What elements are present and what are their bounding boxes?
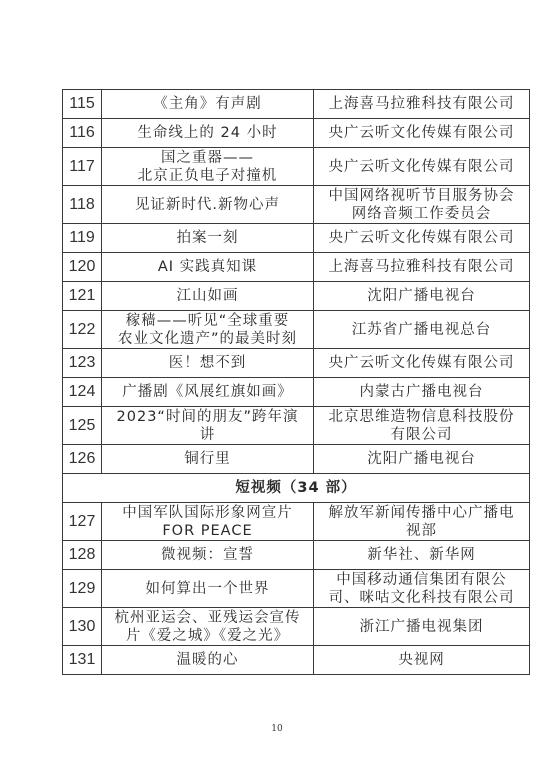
table-row: 123 医！想不到 央广云听文化传媒有限公司 <box>63 349 530 378</box>
work-title: 见证新时代.新物心声 <box>102 186 314 224</box>
work-title: 《主角》有声剧 <box>102 90 314 119</box>
row-number: 117 <box>63 148 102 186</box>
work-title: 稼穑——听见“全球重要 农业文化遗产”的最美时刻 <box>102 311 314 349</box>
work-title: 中国军队国际形象网宣片 FOR PEACE <box>102 503 314 541</box>
row-number: 123 <box>63 349 102 378</box>
table-row: 121 江山如画 沈阳广播电视台 <box>63 282 530 311</box>
section-header-row: 短视频（34 部） <box>63 474 530 503</box>
table-row: 120 AI 实践真知课 上海喜马拉雅科技有限公司 <box>63 253 530 282</box>
organization: 江苏省广播电视总台 <box>314 311 530 349</box>
organization: 上海喜马拉雅科技有限公司 <box>314 253 530 282</box>
organization: 央广云听文化传媒有限公司 <box>314 119 530 148</box>
table-row: 130 杭州亚运会、亚残运会宣传 片《爱之城》《爱之光》 浙江广播电视集团 <box>63 608 530 646</box>
row-number: 115 <box>63 90 102 119</box>
organization: 沈阳广播电视台 <box>314 282 530 311</box>
work-title: 微视频：宣誓 <box>102 541 314 570</box>
table-row: 122 稼穑——听见“全球重要 农业文化遗产”的最美时刻 江苏省广播电视总台 <box>63 311 530 349</box>
organization: 中国移动通信集团有限公 司、咪咕文化科技有限公司 <box>314 570 530 608</box>
table-body-short-video: 127 中国军队国际形象网宣片 FOR PEACE 解放军新闻传播中心广播电 视… <box>63 503 530 675</box>
table-row: 119 拍案一刻 央广云听文化传媒有限公司 <box>63 224 530 253</box>
section-header: 短视频（34 部） <box>63 474 530 503</box>
document-page: 115 《主角》有声剧 上海喜马拉雅科技有限公司 116 生命线上的 24 小时… <box>0 0 554 783</box>
table-row: 115 《主角》有声剧 上海喜马拉雅科技有限公司 <box>63 90 530 119</box>
table-row: 126 铜行里 沈阳广播电视台 <box>63 445 530 474</box>
organization: 央视网 <box>314 646 530 675</box>
work-title: AI 实践真知课 <box>102 253 314 282</box>
row-number: 125 <box>63 407 102 445</box>
row-number: 122 <box>63 311 102 349</box>
organization: 央广云听文化传媒有限公司 <box>314 349 530 378</box>
row-number: 131 <box>63 646 102 675</box>
row-number: 120 <box>63 253 102 282</box>
row-number: 126 <box>63 445 102 474</box>
work-title: 生命线上的 24 小时 <box>102 119 314 148</box>
work-title: 如何算出一个世界 <box>102 570 314 608</box>
work-title: 温暖的心 <box>102 646 314 675</box>
table-body-audio: 115 《主角》有声剧 上海喜马拉雅科技有限公司 116 生命线上的 24 小时… <box>63 90 530 474</box>
work-title: 铜行里 <box>102 445 314 474</box>
row-number: 121 <box>63 282 102 311</box>
organization: 央广云听文化传媒有限公司 <box>314 148 530 186</box>
table-row: 118 见证新时代.新物心声 中国网络视听节目服务协会 网络音频工作委员会 <box>63 186 530 224</box>
table-row: 131 温暖的心 央视网 <box>63 646 530 675</box>
table-row: 127 中国军队国际形象网宣片 FOR PEACE 解放军新闻传播中心广播电 视… <box>63 503 530 541</box>
table-row: 128 微视频：宣誓 新华社、新华网 <box>63 541 530 570</box>
organization: 新华社、新华网 <box>314 541 530 570</box>
table-row: 125 2023“时间的朋友”跨年演 讲 北京思维造物信息科技股份 有限公司 <box>63 407 530 445</box>
organization: 中国网络视听节目服务协会 网络音频工作委员会 <box>314 186 530 224</box>
work-title: 杭州亚运会、亚残运会宣传 片《爱之城》《爱之光》 <box>102 608 314 646</box>
work-title: 2023“时间的朋友”跨年演 讲 <box>102 407 314 445</box>
row-number: 128 <box>63 541 102 570</box>
work-title: 国之重器—— 北京正负电子对撞机 <box>102 148 314 186</box>
row-number: 118 <box>63 186 102 224</box>
organization: 浙江广播电视集团 <box>314 608 530 646</box>
organization: 内蒙古广播电视台 <box>314 378 530 407</box>
work-title: 医！想不到 <box>102 349 314 378</box>
work-title: 江山如画 <box>102 282 314 311</box>
table-row: 117 国之重器—— 北京正负电子对撞机 央广云听文化传媒有限公司 <box>63 148 530 186</box>
table-row: 124 广播剧《风展红旗如画》 内蒙古广播电视台 <box>63 378 530 407</box>
page-number: 10 <box>0 724 554 734</box>
organization: 北京思维造物信息科技股份 有限公司 <box>314 407 530 445</box>
row-number: 129 <box>63 570 102 608</box>
row-number: 127 <box>63 503 102 541</box>
work-title: 广播剧《风展红旗如画》 <box>102 378 314 407</box>
row-number: 124 <box>63 378 102 407</box>
table-row: 116 生命线上的 24 小时 央广云听文化传媒有限公司 <box>63 119 530 148</box>
organization: 上海喜马拉雅科技有限公司 <box>314 90 530 119</box>
table-row: 129 如何算出一个世界 中国移动通信集团有限公 司、咪咕文化科技有限公司 <box>63 570 530 608</box>
organization: 解放军新闻传播中心广播电 视部 <box>314 503 530 541</box>
row-number: 119 <box>63 224 102 253</box>
work-title: 拍案一刻 <box>102 224 314 253</box>
award-list-table: 115 《主角》有声剧 上海喜马拉雅科技有限公司 116 生命线上的 24 小时… <box>62 89 530 675</box>
organization: 沈阳广播电视台 <box>314 445 530 474</box>
row-number: 116 <box>63 119 102 148</box>
organization: 央广云听文化传媒有限公司 <box>314 224 530 253</box>
row-number: 130 <box>63 608 102 646</box>
